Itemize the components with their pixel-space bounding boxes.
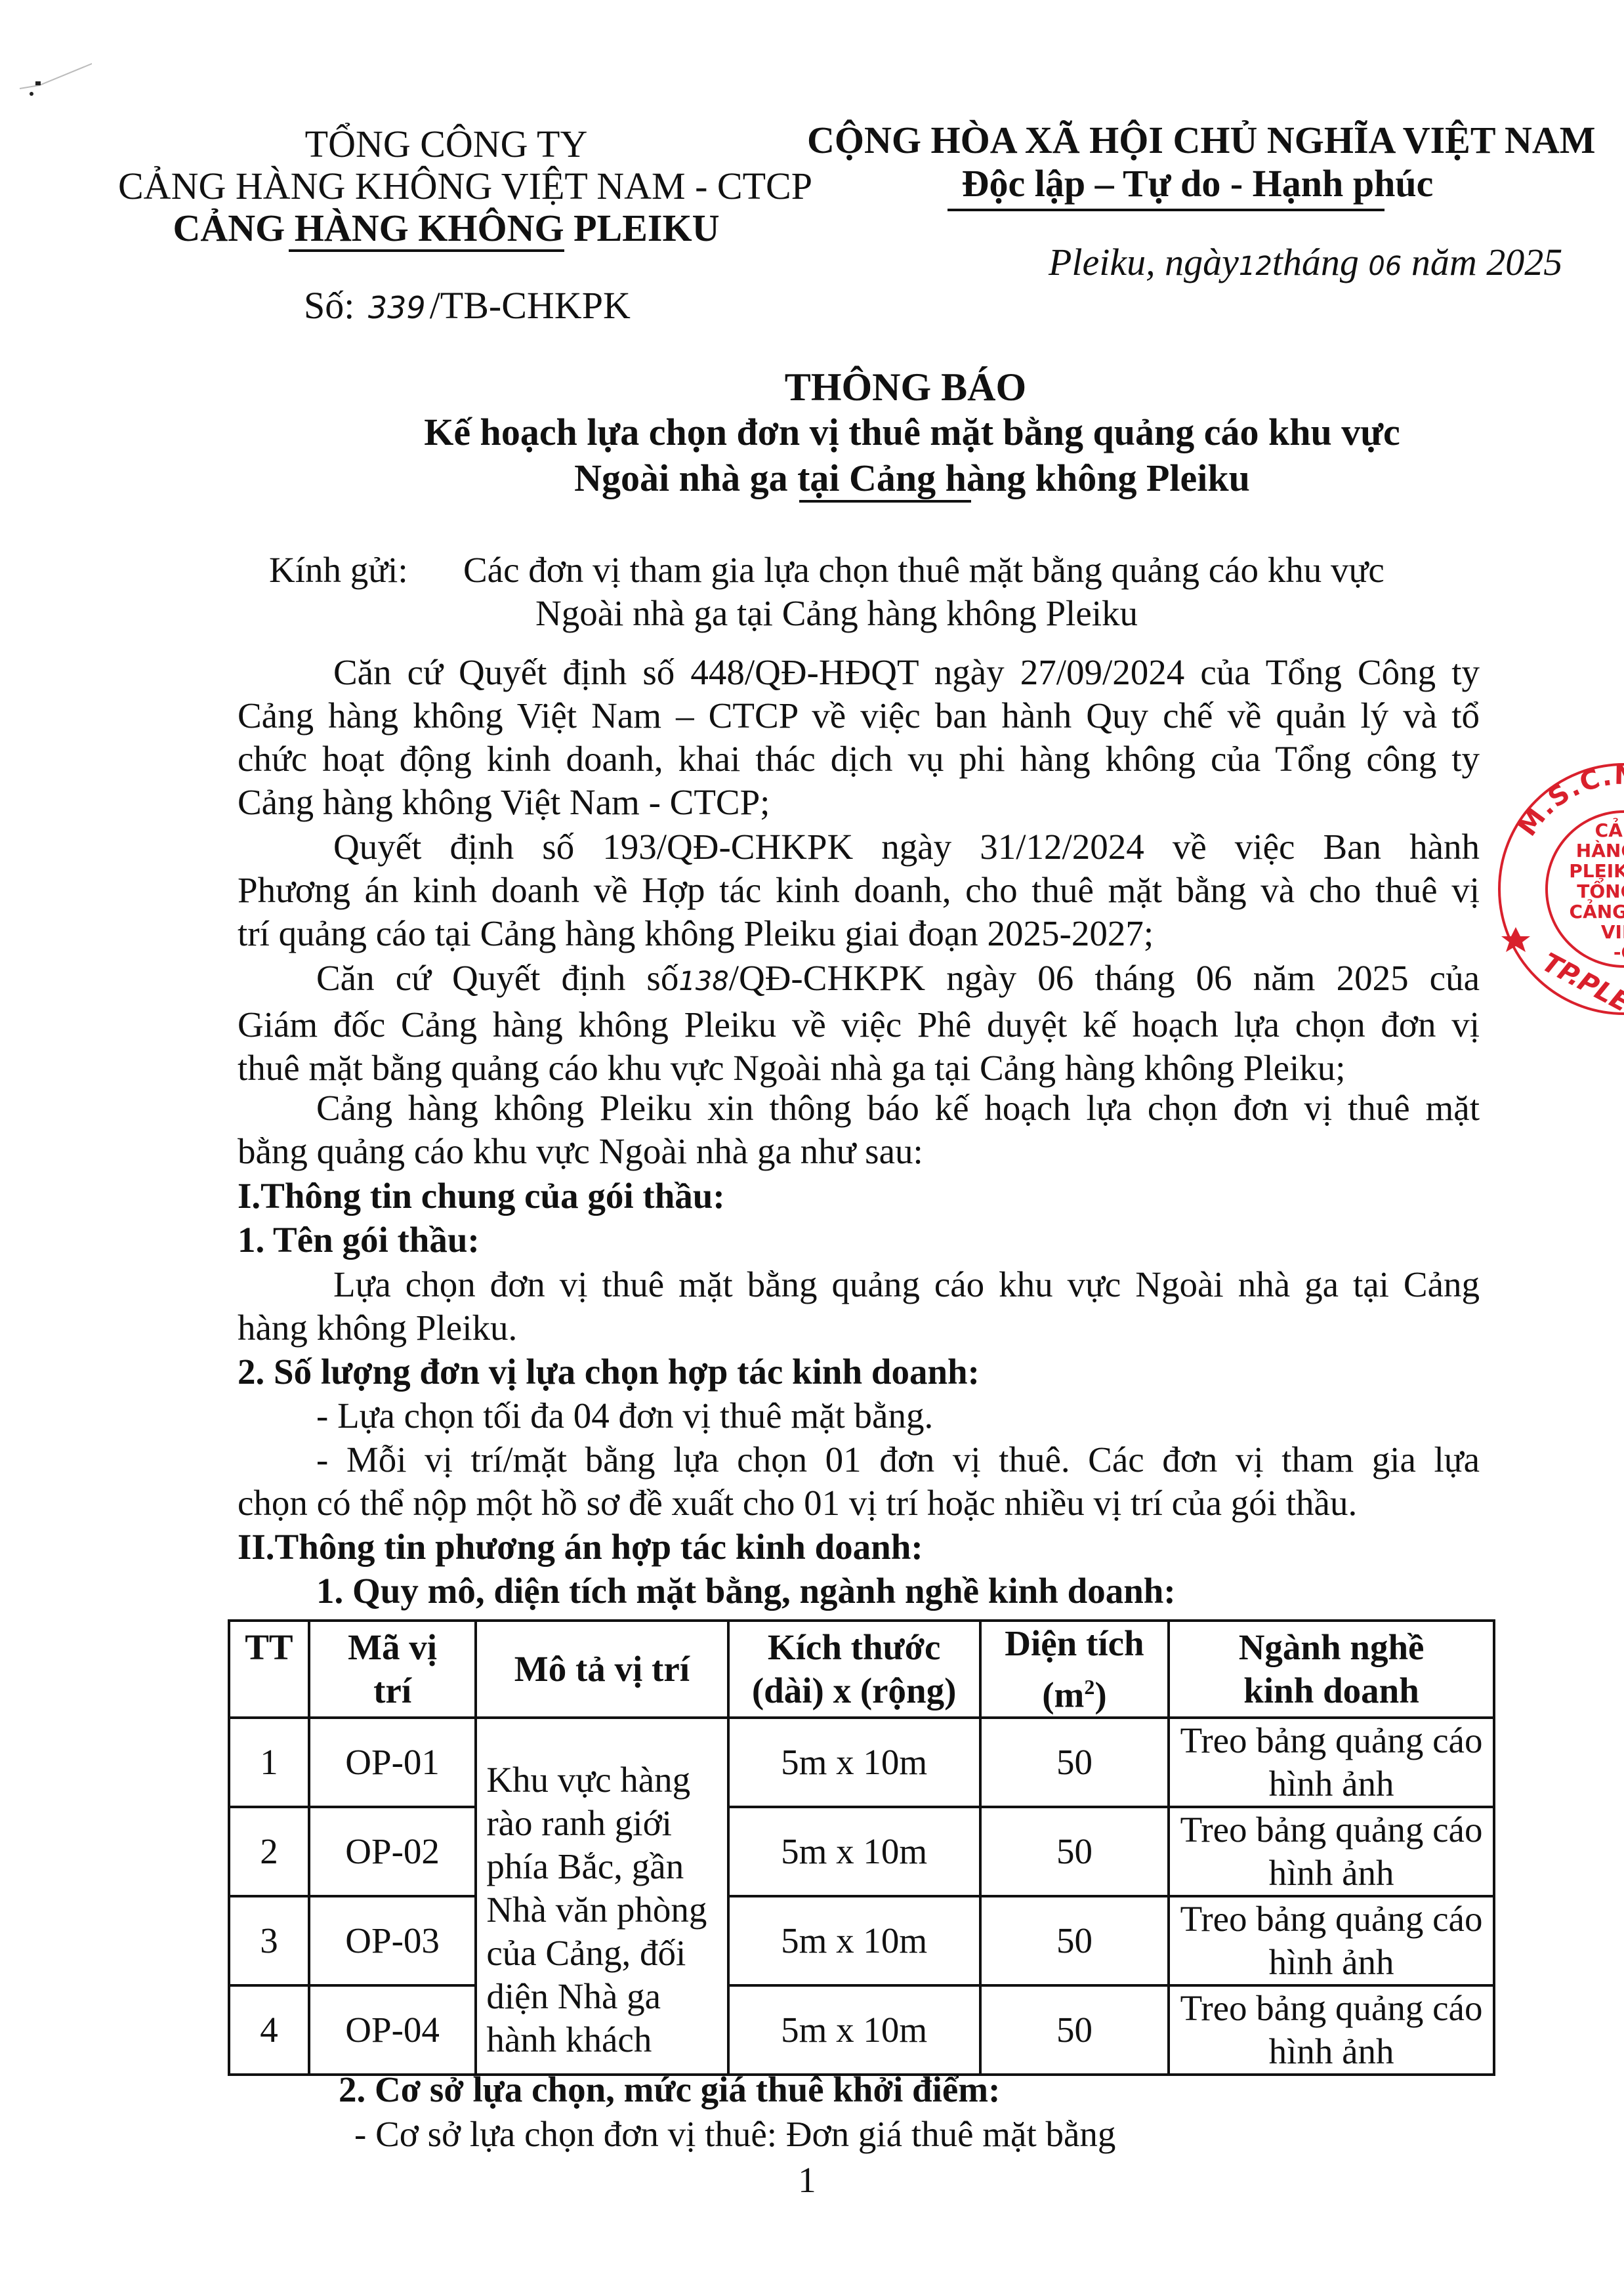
section-1-heading: I.Thông tin chung của gói thầu: [238, 1174, 725, 1218]
date-mid: tháng [1272, 241, 1359, 283]
cell-description-shared: Khu vực hàng rào ranh giới phía Bắc, gần… [476, 1718, 728, 2075]
cell-size: 5m x 10m [728, 1985, 980, 2075]
col-header-code: Mã vịtrí [309, 1621, 476, 1718]
org-name: CẢNG HÀNG KHÔNG PLEIKU [118, 207, 774, 249]
official-seal-stamp: M.S.C.N: 0311638521 TP.PLEIKU CẢNGHÀNG K… [1493, 758, 1624, 1020]
table-row: 1 OP-01 Khu vực hàng rào ranh giới phía … [229, 1718, 1494, 1807]
subtitle-underline [799, 500, 971, 503]
org-parent-line2: CẢNG HÀNG KHÔNG VIỆT NAM - CTCP [118, 165, 774, 207]
cell-size: 5m x 10m [728, 1807, 980, 1896]
svg-text:TP.PLEIKU: TP.PLEIKU [1537, 947, 1624, 1020]
issue-date: Pleiku, ngày12tháng 06 năm 2025 [1049, 241, 1562, 287]
national-motto: Độc lập – Tự do - Hạnh phúc [807, 163, 1588, 205]
doc-number-prefix: Số: [304, 284, 354, 327]
section-1-2-bullet-1: - Lựa chọn tối đa 04 đơn vị thuê mặt bằn… [316, 1394, 933, 1438]
cell-area: 50 [980, 1985, 1169, 2075]
location-table: TT Mã vịtrí Mô tả vị trí Kích thước(dài)… [228, 1619, 1495, 2076]
recipient-line-1: Các đơn vị tham gia lựa chọn thuê mặt bằ… [463, 549, 1385, 592]
seal-inner-text: -C [1614, 942, 1624, 963]
cell-tt: 1 [229, 1718, 309, 1807]
cell-tt: 2 [229, 1807, 309, 1896]
cell-business: Treo bảng quảng cáo hình ảnh [1169, 1718, 1494, 1807]
date-suffix: năm 2025 [1411, 241, 1562, 283]
para-line: thuê mặt bằng quảng cáo khu vực Ngoài nh… [238, 1047, 1480, 1090]
document-subtitle-1: Kế hoạch lựa chọn đơn vị thuê mặt bằng q… [0, 411, 1624, 453]
section-2-2-bullet-1: - Cơ sở lựa chọn đơn vị thuê: Đơn giá th… [354, 2113, 1115, 2156]
section-1-2-heading: 2. Số lượng đơn vị lựa chọn hợp tác kinh… [238, 1350, 980, 1394]
para-line: chọn có thể nộp một hồ sơ đề xuất cho 01… [238, 1482, 1480, 1525]
para-line: Căn cứ Quyết định số138/QĐ-CHKPK ngày 06… [238, 957, 1480, 1003]
paragraph-legal-basis-1: Căn cứ Quyết định số 448/QĐ-HĐQT ngày 27… [238, 651, 1480, 824]
seal-inner-text: VIỆT [1601, 921, 1624, 943]
table-header-row: TT Mã vịtrí Mô tả vị trí Kích thước(dài)… [229, 1621, 1494, 1718]
scan-mark [13, 52, 92, 105]
date-month-handwritten: 06 [1368, 251, 1402, 281]
seal-inner-text: CẢNG HÀN [1570, 898, 1624, 922]
p3-prefix: Căn cứ Quyết định số [316, 958, 678, 998]
paragraph-legal-basis-3: Căn cứ Quyết định số138/QĐ-CHKPK ngày 06… [238, 957, 1480, 1090]
document-title: THÔNG BÁO [0, 365, 1624, 409]
col-header-area: Diện tích(m2) [980, 1621, 1169, 1718]
cell-size: 5m x 10m [728, 1896, 980, 1985]
recipient-label: Kính gửi: [269, 549, 408, 592]
para-line: Quyết định số 193/QĐ-CHKPK ngày 31/12/20… [238, 825, 1480, 869]
paragraph-announcement: Cảng hàng không Pleiku xin thông báo kế … [238, 1087, 1480, 1173]
para-line: Cảng hàng không Việt Nam - CTCP; [238, 781, 1480, 824]
seal-inner-text: PLEIKU-CH [1569, 860, 1624, 882]
paragraph-legal-basis-2: Quyết định số 193/QĐ-CHKPK ngày 31/12/20… [238, 825, 1480, 955]
org-parent-line1: TỔNG CÔNG TY [118, 123, 774, 165]
section-2-1-heading: 1. Quy mô, diện tích mặt bằng, ngành ngh… [316, 1569, 1176, 1613]
org-name-underline [289, 249, 564, 252]
cell-business: Treo bảng quảng cáo hình ảnh [1169, 1807, 1494, 1896]
para-line: Phương án kinh doanh về Hợp tác kinh doa… [238, 869, 1480, 912]
col-header-size: Kích thước(dài) x (rộng) [728, 1621, 980, 1718]
para-line: trí quảng cáo tại Cảng hàng không Pleiku… [238, 912, 1480, 955]
date-day-handwritten: 12 [1239, 251, 1272, 281]
document-subtitle-2: Ngoài nhà ga tại Cảng hàng không Pleiku [0, 457, 1624, 499]
cell-business: Treo bảng quảng cáo hình ảnh [1169, 1896, 1494, 1985]
cell-area: 50 [980, 1718, 1169, 1807]
cell-tt: 3 [229, 1896, 309, 1985]
seal-inner-text: HÀNG KH [1576, 839, 1624, 861]
section-1-1-heading: 1. Tên gói thầu: [238, 1218, 480, 1262]
cell-size: 5m x 10m [728, 1718, 980, 1807]
p3-rest: /QĐ-CHKPK ngày 06 tháng 06 năm 2025 của [729, 958, 1480, 998]
national-title: CỘNG HÒA XÃ HỘI CHỦ NGHĨA VIỆT NAM [807, 119, 1588, 161]
table-row: 4 OP-04 5m x 10m 50 Treo bảng quảng cáo … [229, 1985, 1494, 2075]
table-row: 3 OP-03 5m x 10m 50 Treo bảng quảng cáo … [229, 1896, 1494, 1985]
cell-code: OP-04 [309, 1985, 476, 2075]
col-header-tt: TT [229, 1621, 309, 1718]
cell-business: Treo bảng quảng cáo hình ảnh [1169, 1985, 1494, 2075]
para-line: bằng quảng cáo khu vực Ngoài nhà ga như … [238, 1130, 1480, 1173]
doc-number-suffix: /TB-CHKPK [430, 284, 631, 327]
date-prefix: Pleiku, ngày [1049, 241, 1239, 283]
recipient-line-2: Ngoài nhà ga tại Cảng hàng không Pleiku [535, 592, 1138, 635]
cell-tt: 4 [229, 1985, 309, 2075]
doc-number-handwritten: 339 [368, 290, 426, 325]
para-line: Lựa chọn đơn vị thuê mặt bằng quảng cáo … [238, 1263, 1480, 1306]
col-header-business: Ngành nghềkinh doanh [1169, 1621, 1494, 1718]
section-2-2-heading: 2. Cơ sở lựa chọn, mức giá thuê khởi điể… [339, 2068, 1000, 2111]
col-header-description: Mô tả vị trí [476, 1621, 728, 1718]
cell-code: OP-01 [309, 1718, 476, 1807]
p3-decision-number-handwritten: 138 [678, 966, 728, 997]
para-line: - Mỗi vị trí/mặt bằng lựa chọn 01 đơn vị… [238, 1438, 1480, 1482]
doc-number: Số: 339/TB-CHKPK [304, 285, 631, 329]
cell-area: 50 [980, 1807, 1169, 1896]
cell-code: OP-03 [309, 1896, 476, 1985]
page-number: 1 [774, 2159, 840, 2202]
para-line: Cảng hàng không Pleiku xin thông báo kế … [238, 1087, 1480, 1130]
para-line: Căn cứ Quyết định số 448/QĐ-HĐQT ngày 27… [238, 651, 1480, 694]
para-line: Cảng hàng không Việt Nam – CTCP về việc … [238, 694, 1480, 737]
para-line: hàng không Pleiku. [238, 1306, 1480, 1350]
cell-area: 50 [980, 1896, 1169, 1985]
para-line: chức hoạt động kinh doanh, khai thác dịc… [238, 737, 1480, 781]
seal-inner-text: CẢNG [1595, 817, 1624, 841]
table-row: 2 OP-02 5m x 10m 50 Treo bảng quảng cáo … [229, 1807, 1494, 1896]
para-line: Giám đốc Cảng hàng không Pleiku về việc … [238, 1003, 1480, 1047]
section-1-2-bullet-2: - Mỗi vị trí/mặt bằng lựa chọn 01 đơn vị… [238, 1438, 1480, 1525]
section-1-1-text: Lựa chọn đơn vị thuê mặt bằng quảng cáo … [238, 1263, 1480, 1350]
cell-code: OP-02 [309, 1807, 476, 1896]
section-2-heading: II.Thông tin phương án hợp tác kinh doan… [238, 1525, 923, 1569]
national-motto-underline [947, 209, 1385, 211]
